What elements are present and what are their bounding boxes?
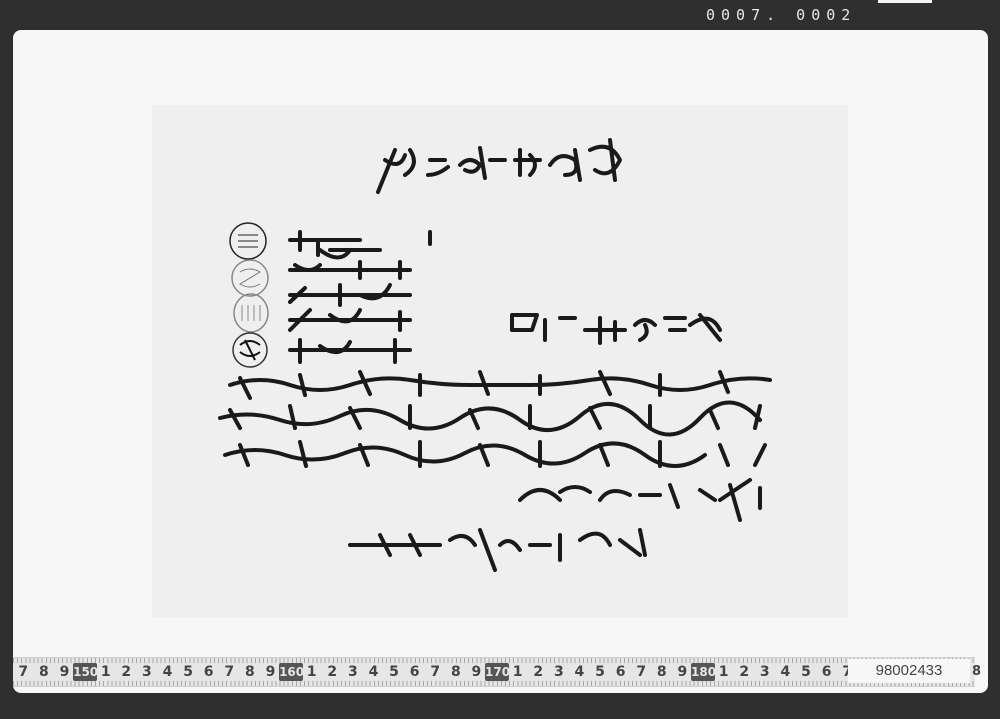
body-text <box>220 372 770 570</box>
signatories-block <box>290 232 430 362</box>
ruler-label: 5 <box>178 663 199 681</box>
ruler-label: 2 <box>116 663 137 681</box>
ruler-label: 5 <box>590 663 611 681</box>
ruler-label: 3 <box>755 663 776 681</box>
ruler-label: 2 <box>528 663 549 681</box>
ruler-label: 5 <box>384 663 405 681</box>
ruler-label: 4 <box>569 663 590 681</box>
ruler-major-label: 150 <box>73 663 97 681</box>
ruler-label: 5 <box>796 663 817 681</box>
ruler-label: 1 <box>507 663 528 681</box>
ruler-label: 6 <box>404 663 425 681</box>
ruler-major-label: 160 <box>279 663 303 681</box>
ruler-label: 6 <box>610 663 631 681</box>
ruler-label: 4 <box>157 663 178 681</box>
ruler-label: 3 <box>343 663 364 681</box>
ruler-ticks-bottom <box>13 681 975 686</box>
ruler-label: 6 <box>198 663 219 681</box>
ruler-label: 9 <box>54 663 75 681</box>
ruler-label: 1 <box>301 663 322 681</box>
ruler-label: 8 <box>652 663 673 681</box>
ruler-label: 7 <box>425 663 446 681</box>
seal-1 <box>230 223 266 259</box>
seal-4 <box>233 333 267 367</box>
ruler-label: 3 <box>549 663 570 681</box>
ruler-label: 8 <box>446 663 467 681</box>
ruler-label: 7 <box>13 663 34 681</box>
date-line <box>512 315 720 343</box>
seals <box>230 223 268 367</box>
ruler-label: 7 <box>631 663 652 681</box>
ruler-label: 9 <box>672 663 693 681</box>
ruler-label: 4 <box>775 663 796 681</box>
ruler-label: 7 <box>219 663 240 681</box>
ruler-label: 1 <box>95 663 116 681</box>
ruler-labels: 7 8 9 150 1 2 3 4 5 6 7 8 9 160 1 2 3 4 … <box>13 663 857 681</box>
ruler-label: 1 <box>713 663 734 681</box>
addressee-line <box>378 140 620 192</box>
seal-3 <box>234 294 268 332</box>
ruler-label: 4 <box>363 663 384 681</box>
ruler-label: 6 <box>816 663 837 681</box>
ruler-label: 2 <box>322 663 343 681</box>
ruler-end-label: 8 <box>972 664 981 679</box>
ruler-label: 8 <box>240 663 261 681</box>
ruler-label: 3 <box>137 663 158 681</box>
scale-ruler: 7 8 9 150 1 2 3 4 5 6 7 8 9 160 1 2 3 4 … <box>13 657 975 687</box>
ruler-label: 9 <box>260 663 281 681</box>
ruler-label: 8 <box>34 663 55 681</box>
ruler-label: 9 <box>466 663 487 681</box>
seal-2 <box>232 260 268 296</box>
ruler-label: 2 <box>734 663 755 681</box>
ruler-major-label: 170 <box>485 663 509 681</box>
handwritten-text <box>0 0 1000 719</box>
ruler-major-label: 180 <box>691 663 715 681</box>
reel-id-label: 98002433 <box>848 659 970 683</box>
